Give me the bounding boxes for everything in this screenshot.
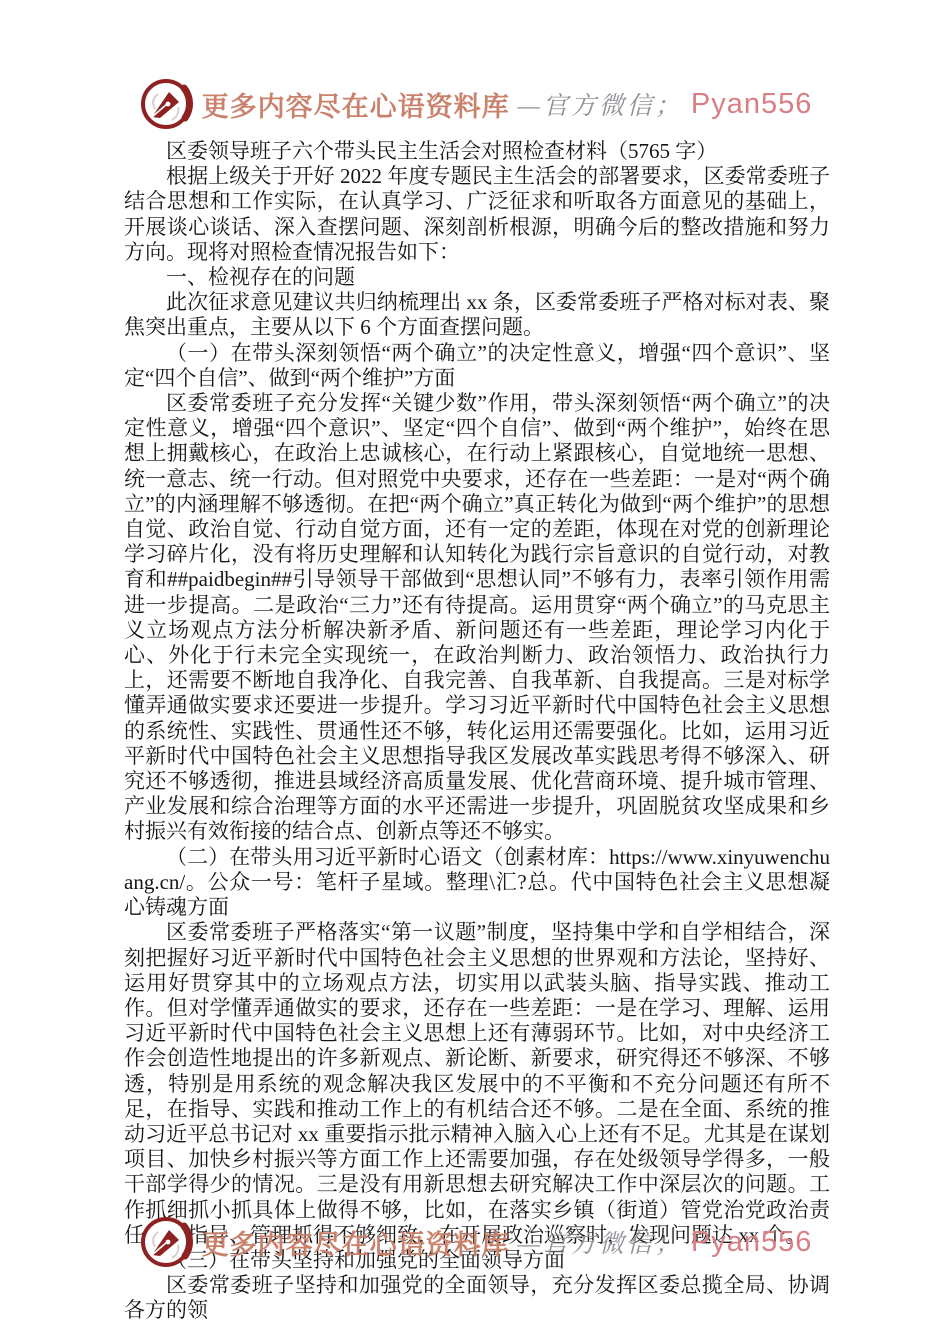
watermark-wechat-id: Pyan556 [691, 1226, 813, 1259]
watermark-wechat-id: Pyan556 [691, 88, 813, 121]
watermark-brand-text: 更多内容尽在心语资料库 [202, 85, 510, 124]
paragraph: 此次征求意见建议共归纳梳理出 xx 条，区委常委班子严格对标对表、聚焦突出重点，… [124, 290, 830, 340]
section-heading: 一、检视存在的问题 [124, 265, 830, 290]
paragraph: 区委常委班子充分发挥“关键少数”作用，带头深刻领悟“两个确立”的决定性意义，增强… [124, 391, 830, 845]
paragraph: 区委常委班子严格落实“第一议题”制度，坚持集中学和自学相结合，深刻把握好习近平新… [124, 920, 830, 1248]
brand-logo-icon [138, 76, 194, 132]
subsection-heading: （一）在带头深刻领悟“两个确立”的决定性意义，增强“四个意识”、坚定“四个自信”… [124, 341, 830, 391]
watermark-header: 更多内容尽在心语资料库 —官方微信； Pyan556 [0, 76, 950, 132]
watermark-wechat-label: —官方微信； [518, 1224, 683, 1260]
watermark-footer: 更多内容尽在心语资料库 —官方微信； Pyan556 [0, 1214, 950, 1270]
watermark-wechat-label: —官方微信； [518, 86, 683, 122]
document-page: 更多内容尽在心语资料库 —官方微信； Pyan556 区委领导班子六个带头民主生… [0, 0, 950, 1344]
document-content: 区委领导班子六个带头民主生活会对照检查材料（5765 字） 根据上级关于开好 2… [124, 139, 830, 1324]
brand-logo-icon [138, 1214, 194, 1270]
subsection-heading: （二）在带头用习近平新时心语文（创素材库：https://www.xinyuwe… [124, 845, 830, 921]
paragraph: 根据上级关于开好 2022 年度专题民主生活会的部署要求，区委常委班子结合思想和… [124, 164, 830, 265]
watermark-brand-text: 更多内容尽在心语资料库 [202, 1223, 510, 1262]
document-title: 区委领导班子六个带头民主生活会对照检查材料（5765 字） [124, 139, 830, 164]
paragraph: 区委常委班子坚持和加强党的全面领导，充分发挥区委总揽全局、协调各方的领 [124, 1273, 830, 1323]
